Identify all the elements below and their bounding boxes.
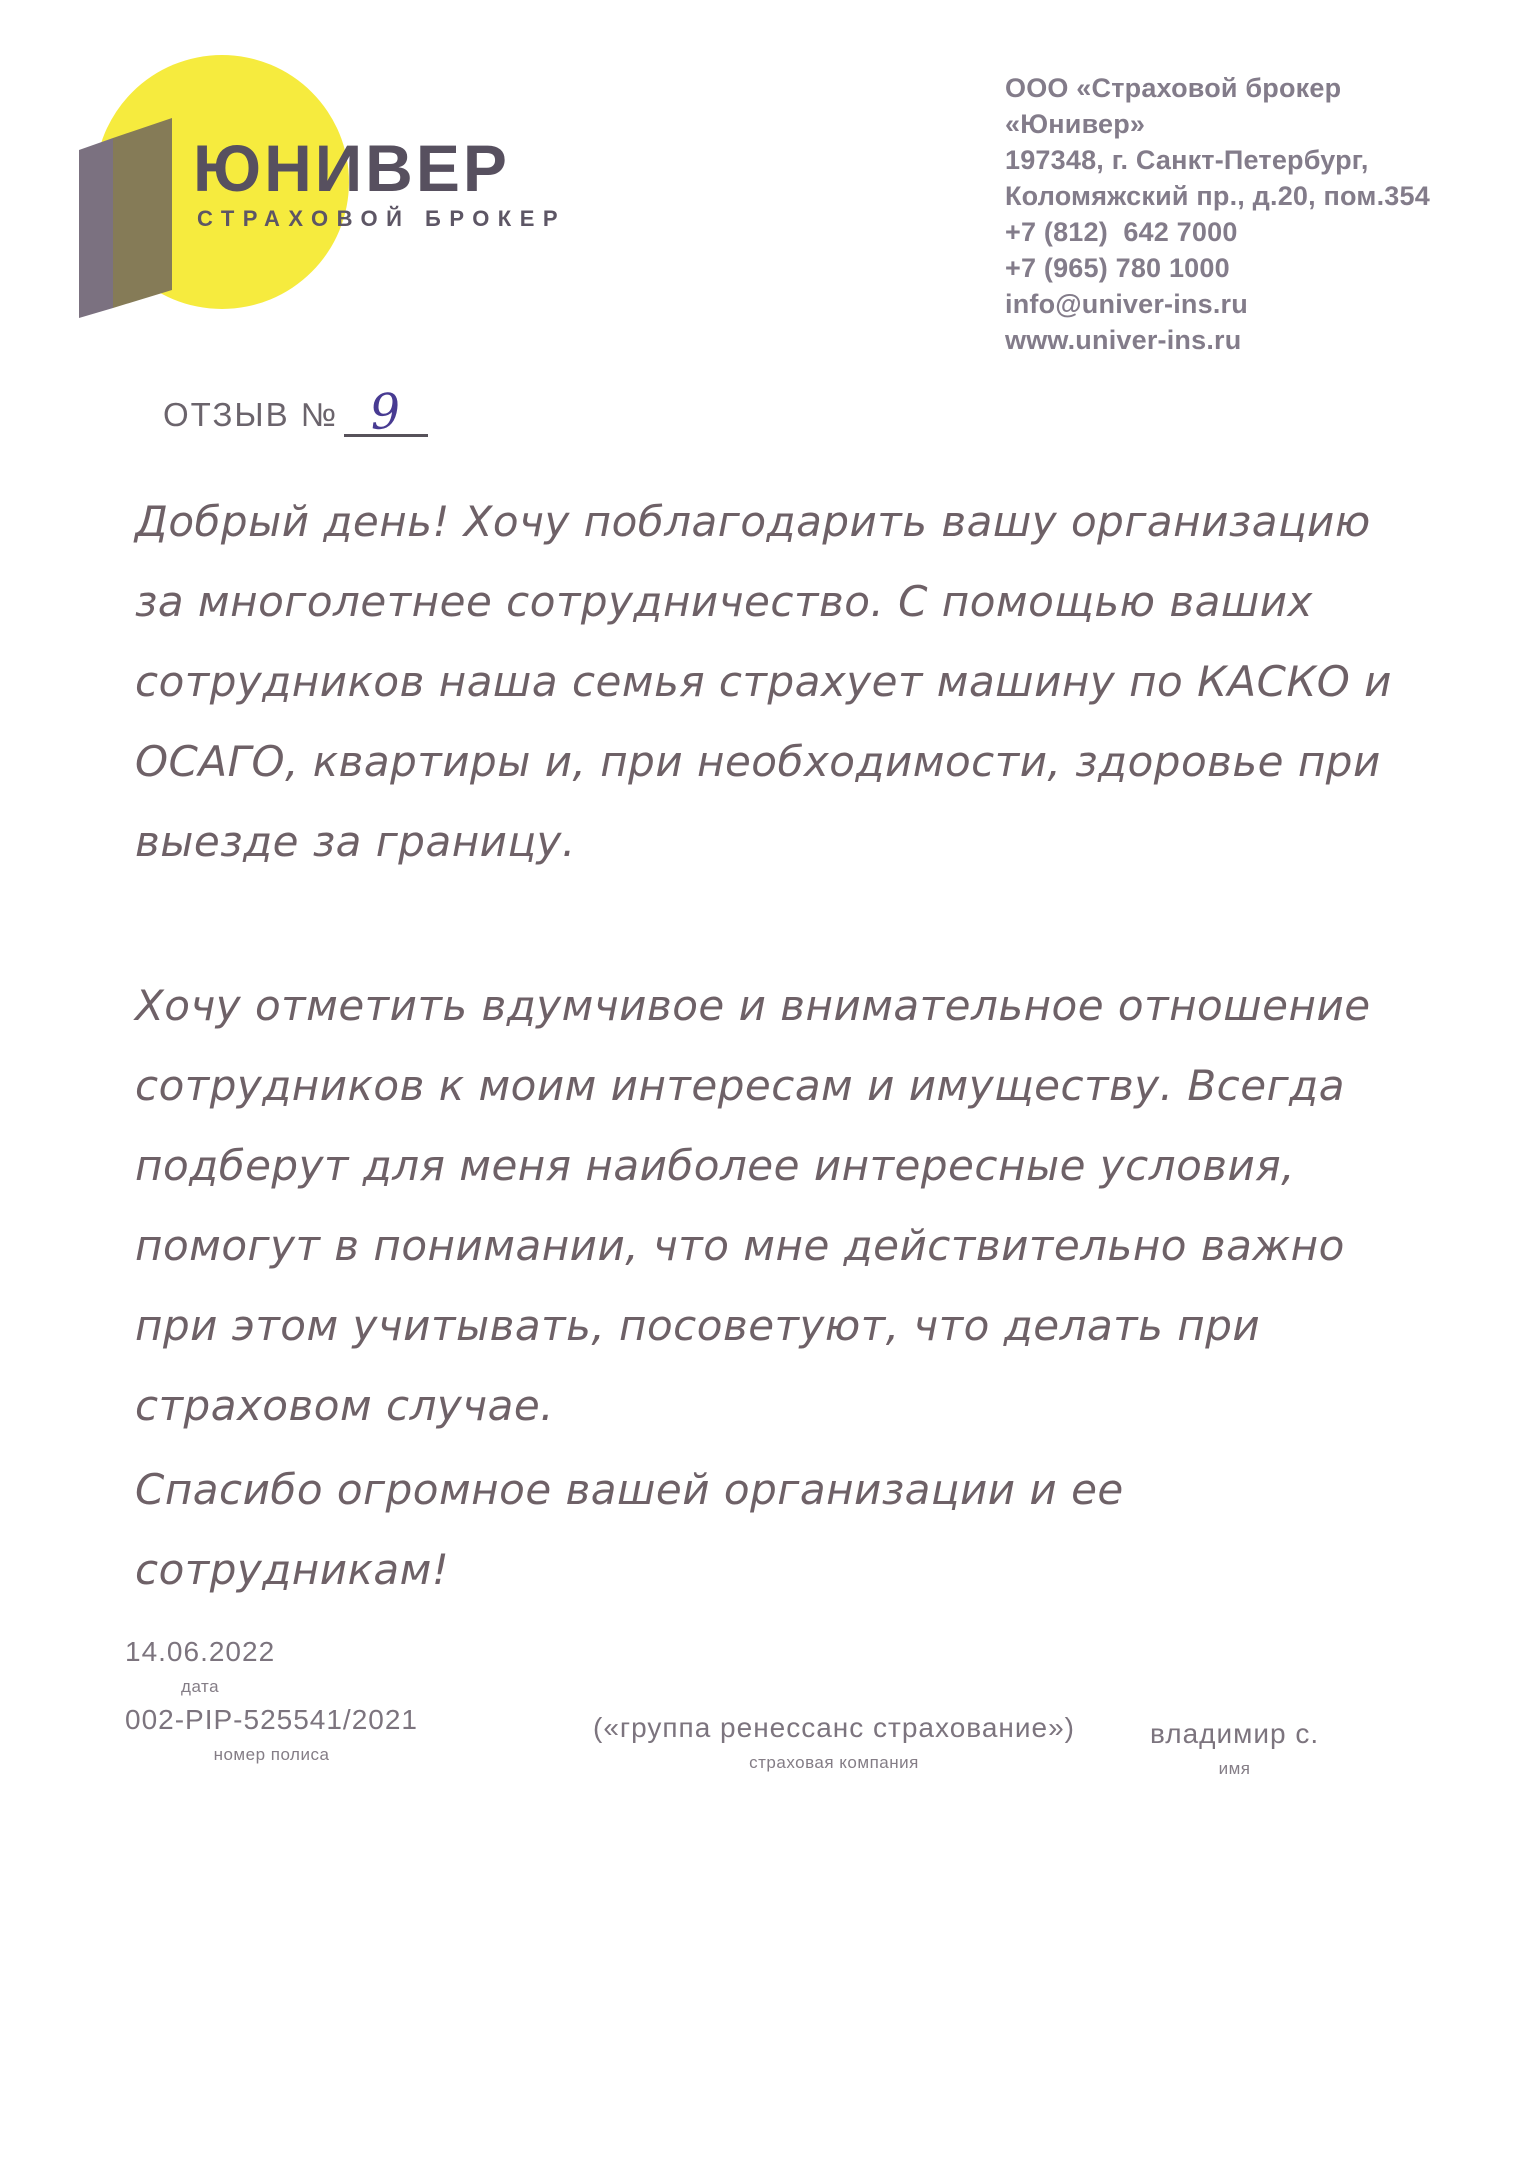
review-title: ОТЗЫВ №9 <box>163 390 428 437</box>
contact-email: info@univer-ins.ru <box>1005 286 1485 322</box>
review-paragraph-3: Спасибо огромное вашей организации и ее … <box>135 1450 1430 1610</box>
client-name-field: владимир с. имя <box>1150 1718 1319 1779</box>
review-paragraph-2: Хочу отметить вдумчивое и внимательное о… <box>135 966 1430 1446</box>
logo-door-right-shape <box>113 118 172 308</box>
policy-number-label: номер полиса <box>125 1745 418 1765</box>
contact-website: www.univer-ins.ru <box>1005 322 1485 358</box>
policy-number-value: 002-PIP-525541/2021 <box>125 1704 418 1736</box>
policy-number-field: 002-PIP-525541/2021 номер полиса <box>125 1704 418 1765</box>
contact-phone-2: +7 (965) 780 1000 <box>1005 250 1485 286</box>
contact-postal-city: 197348, г. Санкт-Петербург, <box>1005 142 1485 178</box>
review-number-line: 9 <box>344 390 428 437</box>
contact-phone-1: +7 (812) 642 7000 <box>1005 214 1485 250</box>
date-label: дата <box>125 1677 275 1697</box>
insurance-company-label: страховая компания <box>593 1753 1075 1773</box>
scanned-review-letter: ЮНИВЕР СТРАХОВОЙ БРОКЕР ООО «Страховой б… <box>0 0 1527 2160</box>
client-name-value: владимир с. <box>1150 1718 1319 1750</box>
date-field: 14.06.2022 дата <box>125 1636 275 1697</box>
company-contact-block: ООО «Страховой брокер «Юнивер» 197348, г… <box>1005 70 1485 358</box>
review-body: Добрый день! Хочу поблагодарить вашу орг… <box>135 482 1430 1610</box>
logo-tagline-text: СТРАХОВОЙ БРОКЕР <box>197 206 566 232</box>
logo-brand-text: ЮНИВЕР <box>193 130 510 206</box>
logo-door-left-shape <box>79 138 113 318</box>
review-paragraph-1: Добрый день! Хочу поблагодарить вашу орг… <box>135 482 1430 882</box>
date-value: 14.06.2022 <box>125 1636 275 1668</box>
contact-company-name: ООО «Страховой брокер «Юнивер» <box>1005 70 1485 142</box>
review-number-handwritten: 9 <box>369 391 404 433</box>
insurance-company-field: («группа ренессанс страхование») страхов… <box>593 1712 1075 1773</box>
insurance-company-value: («группа ренессанс страхование») <box>593 1712 1075 1744</box>
client-name-label: имя <box>1150 1759 1319 1779</box>
contact-street-address: Коломяжский пр., д.20, пом.354 <box>1005 178 1485 214</box>
review-title-label: ОТЗЫВ № <box>163 396 338 433</box>
